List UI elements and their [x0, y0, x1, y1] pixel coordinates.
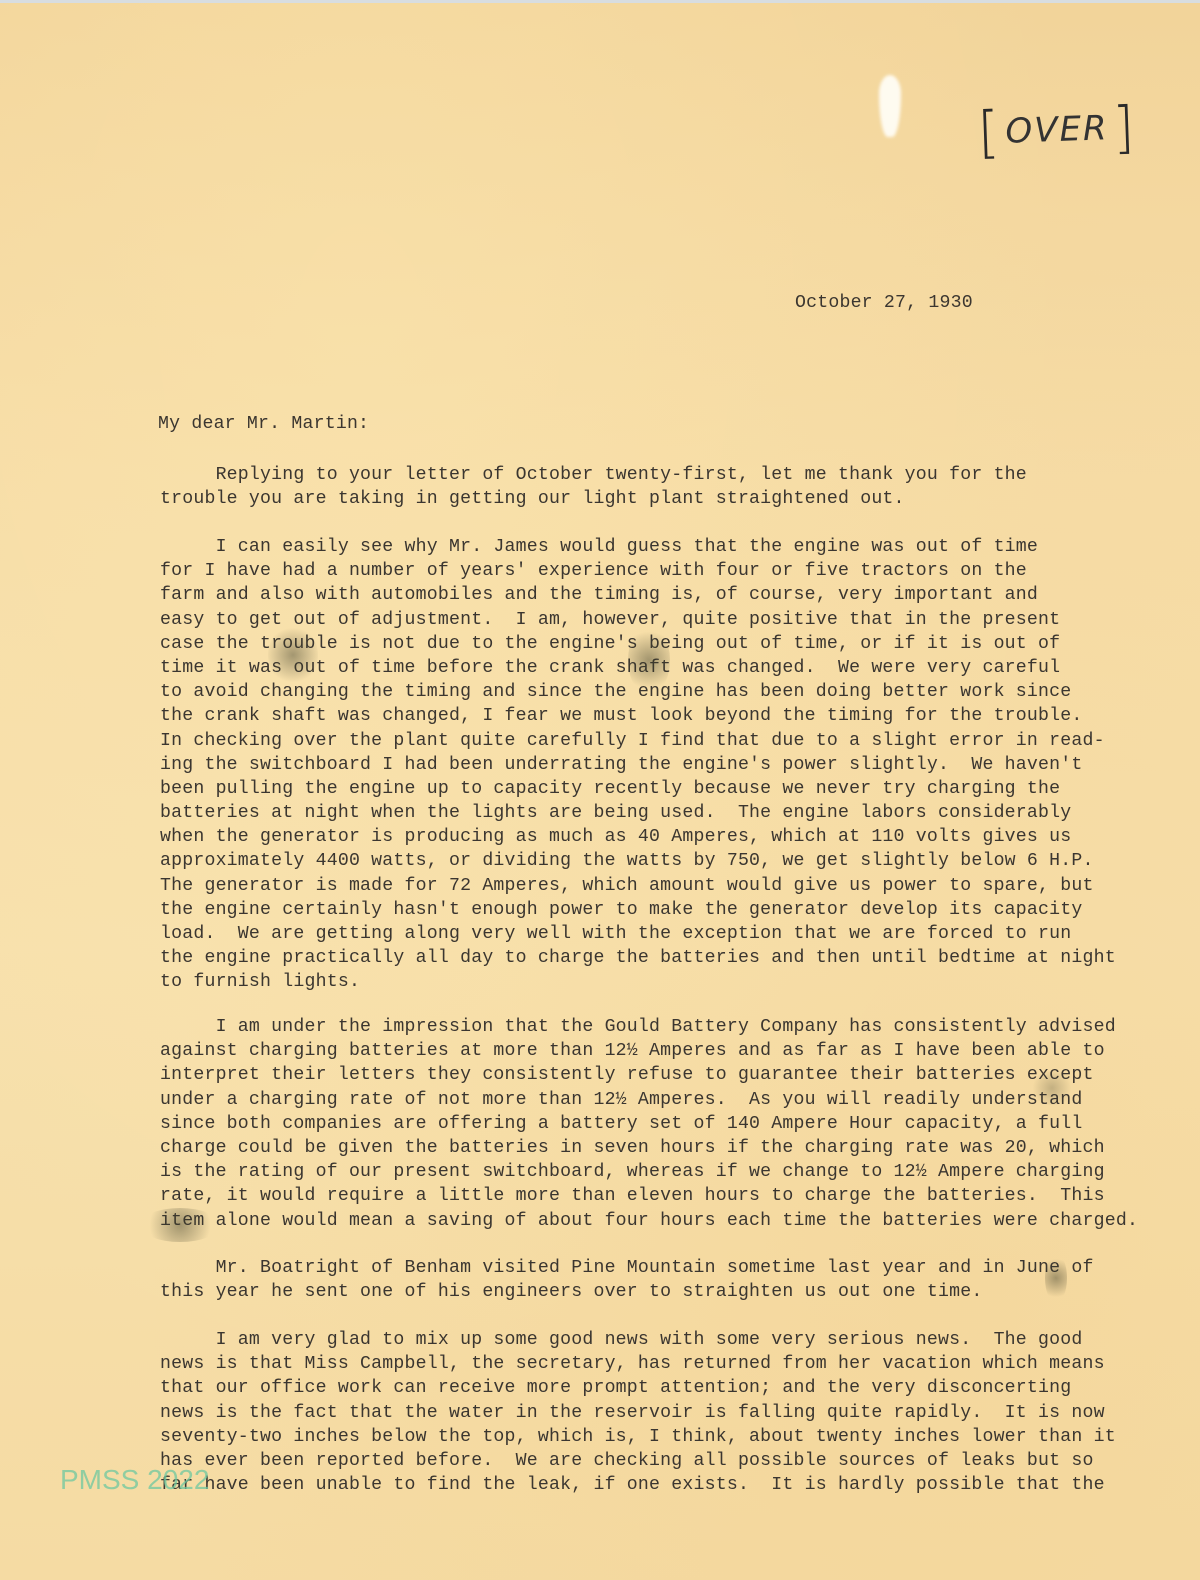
text-line: when the generator is producing as much …: [160, 825, 1116, 849]
paragraph-2: I can easily see why Mr. James would gue…: [160, 535, 1116, 995]
text-line: far have been unable to find the leak, i…: [160, 1473, 1116, 1497]
bracket-open: [: [976, 99, 1002, 165]
ink-smudge: [1030, 1071, 1074, 1105]
text-line: In checking over the plant quite careful…: [160, 729, 1116, 753]
text-line: the crank shaft was changed, I fear we m…: [160, 704, 1116, 728]
text-line: batteries at night when the lights are b…: [160, 801, 1116, 825]
text-line: farm and also with automobiles and the t…: [160, 583, 1116, 607]
text-line: item alone would mean a saving of about …: [160, 1209, 1138, 1233]
watermark: PMSS 2022: [60, 1464, 209, 1496]
text-line: The generator is made for 72 Amperes, wh…: [160, 874, 1116, 898]
text-line: I can easily see why Mr. James would gue…: [160, 535, 1116, 559]
text-line: news is the fact that the water in the r…: [160, 1401, 1116, 1425]
text-line: seventy-two inches below the top, which …: [160, 1425, 1116, 1449]
text-line: approximately 4400 watts, or dividing th…: [160, 849, 1116, 873]
ink-smudge: [1045, 1253, 1067, 1303]
text-line: has ever been reported before. We are ch…: [160, 1449, 1116, 1473]
paragraph-1: Replying to your letter of October twent…: [160, 463, 1027, 511]
text-line: news is that Miss Campbell, the secretar…: [160, 1352, 1116, 1376]
bracket-close: ]: [1111, 95, 1137, 161]
scan-glare-spot: [879, 75, 901, 137]
text-line: Mr. Boatright of Benham visited Pine Mou…: [160, 1256, 1094, 1280]
text-line: under a charging rate of not more than 1…: [160, 1088, 1138, 1112]
text-line: Replying to your letter of October twent…: [160, 463, 1027, 487]
paragraph-3: I am under the impression that the Gould…: [160, 1015, 1138, 1233]
text-line: this year he sent one of his engineers o…: [160, 1280, 1094, 1304]
paragraph-4: Mr. Boatright of Benham visited Pine Mou…: [160, 1256, 1094, 1304]
text-line: that our office work can receive more pr…: [160, 1376, 1116, 1400]
letter-date: October 27, 1930: [795, 293, 973, 313]
ink-smudge: [628, 625, 670, 695]
text-line: been pulling the engine up to capacity r…: [160, 777, 1116, 801]
letter-page: [ OVER ] October 27, 1930 My dear Mr. Ma…: [0, 3, 1200, 1580]
text-line: to furnish lights.: [160, 970, 1116, 994]
text-line: since both companies are offering a batt…: [160, 1112, 1138, 1136]
text-line: is the rating of our present switchboard…: [160, 1160, 1138, 1184]
text-line: I am very glad to mix up some good news …: [160, 1328, 1116, 1352]
text-line: I am under the impression that the Gould…: [160, 1015, 1138, 1039]
paragraph-5: I am very glad to mix up some good news …: [160, 1328, 1116, 1497]
handwritten-over-note: [ OVER ]: [971, 94, 1143, 166]
text-line: load. We are getting along very well wit…: [160, 922, 1116, 946]
salutation: My dear Mr. Martin:: [158, 414, 369, 434]
text-line: against charging batteries at more than …: [160, 1039, 1138, 1063]
text-line: ing the switchboard I had been underrati…: [160, 753, 1116, 777]
text-line: the engine certainly hasn't enough power…: [160, 898, 1116, 922]
text-line: rate, it would require a little more tha…: [160, 1184, 1138, 1208]
ink-smudge: [268, 625, 318, 685]
text-line: trouble you are taking in getting our li…: [160, 487, 1027, 511]
text-line: charge could be given the batteries in s…: [160, 1136, 1138, 1160]
ink-smudge: [140, 1208, 220, 1242]
text-line: for I have had a number of years' experi…: [160, 559, 1116, 583]
text-line: the engine practically all day to charge…: [160, 946, 1116, 970]
over-text: OVER: [1001, 108, 1113, 152]
text-line: interpret their letters they consistentl…: [160, 1063, 1138, 1087]
